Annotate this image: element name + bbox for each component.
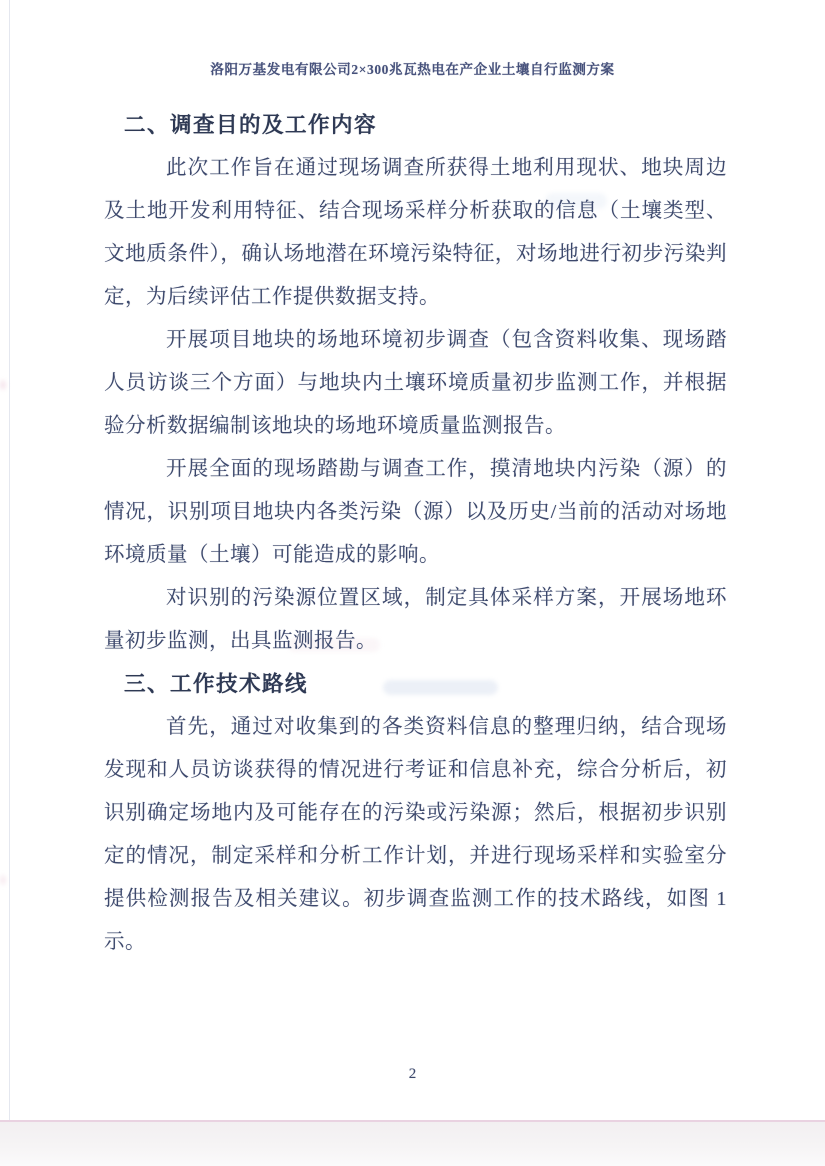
scan-artifact [0,875,6,885]
text-line: 定，为后续评估工作提供数据支持。 [104,276,727,319]
paragraph: 开展全面的现场踏勘与调查工作，摸清地块内污染（源）的基本情况，识别项目地块内各类… [104,448,727,577]
paragraph: 开展项目地块的场地环境初步调查（包含资料收集、现场踏勘和人员访谈三个方面）与地块… [104,319,727,448]
scan-artifact [0,380,6,390]
text-line: 发现和人员访谈获得的情况进行考证和信息补充，综合分析后，初步 [104,749,727,792]
text-line: 对识别的污染源位置区域，制定具体采样方案，开展场地环境质 [104,577,727,620]
text-line: 示。 [104,921,727,964]
section-heading: 三、工作技术路线 [104,663,727,706]
text-line: 首先，通过对收集到的各类资料信息的整理归纳，结合现场踏勘 [104,706,727,749]
page-number: 2 [0,1066,825,1083]
text-line: 定的情况，制定采样和分析工作计划，并进行现场采样和实验室分析， [104,835,727,878]
scan-bottom-strip [0,1122,825,1166]
paragraph: 此次工作旨在通过现场调查所获得土地利用现状、地块周边环境及土地开发利用特征、结合… [104,147,727,319]
document-page: 洛阳万基发电有限公司2×300兆瓦热电在产企业土壤自行监测方案 二、调查目的及工… [0,0,825,1166]
document-body: 二、调查目的及工作内容此次工作旨在通过现场调查所获得土地利用现状、地块周边环境及… [104,104,727,964]
text-line: 量初步监测，出具监测报告。 [104,620,727,663]
text-line: 及土地开发利用特征、结合现场采样分析获取的信息（土壤类型、水 [104,190,727,233]
paragraph: 首先，通过对收集到的各类资料信息的整理归纳，结合现场踏勘发现和人员访谈获得的情况… [104,706,727,964]
text-line: 文地质条件），确认场地潜在环境污染特征，对场地进行初步污染判 [104,233,727,276]
text-line: 人员访谈三个方面）与地块内土壤环境质量初步监测工作，并根据实 [104,362,727,405]
text-line: 环境质量（土壤）可能造成的影响。 [104,534,727,577]
text-line: 提供检测报告及相关建议。初步调查监测工作的技术路线，如图 1 所 [104,878,727,921]
text-line: 验分析数据编制该地块的场地环境质量监测报告。 [104,405,727,448]
paragraph: 对识别的污染源位置区域，制定具体采样方案，开展场地环境质量初步监测，出具监测报告… [104,577,727,663]
text-line: 情况，识别项目地块内各类污染（源）以及历史/当前的活动对场地 [104,491,727,534]
section-heading: 二、调查目的及工作内容 [104,104,727,147]
text-line: 识别确定场地内及可能存在的污染或污染源；然后，根据初步识别确 [104,792,727,835]
text-line: 此次工作旨在通过现场调查所获得土地利用现状、地块周边环境 [104,147,727,190]
text-line: 开展全面的现场踏勘与调查工作，摸清地块内污染（源）的基本 [104,448,727,491]
text-line: 开展项目地块的场地环境初步调查（包含资料收集、现场踏勘和 [104,319,727,362]
scan-edge-line [9,0,10,1122]
running-header: 洛阳万基发电有限公司2×300兆瓦热电在产企业土壤自行监测方案 [0,58,825,78]
